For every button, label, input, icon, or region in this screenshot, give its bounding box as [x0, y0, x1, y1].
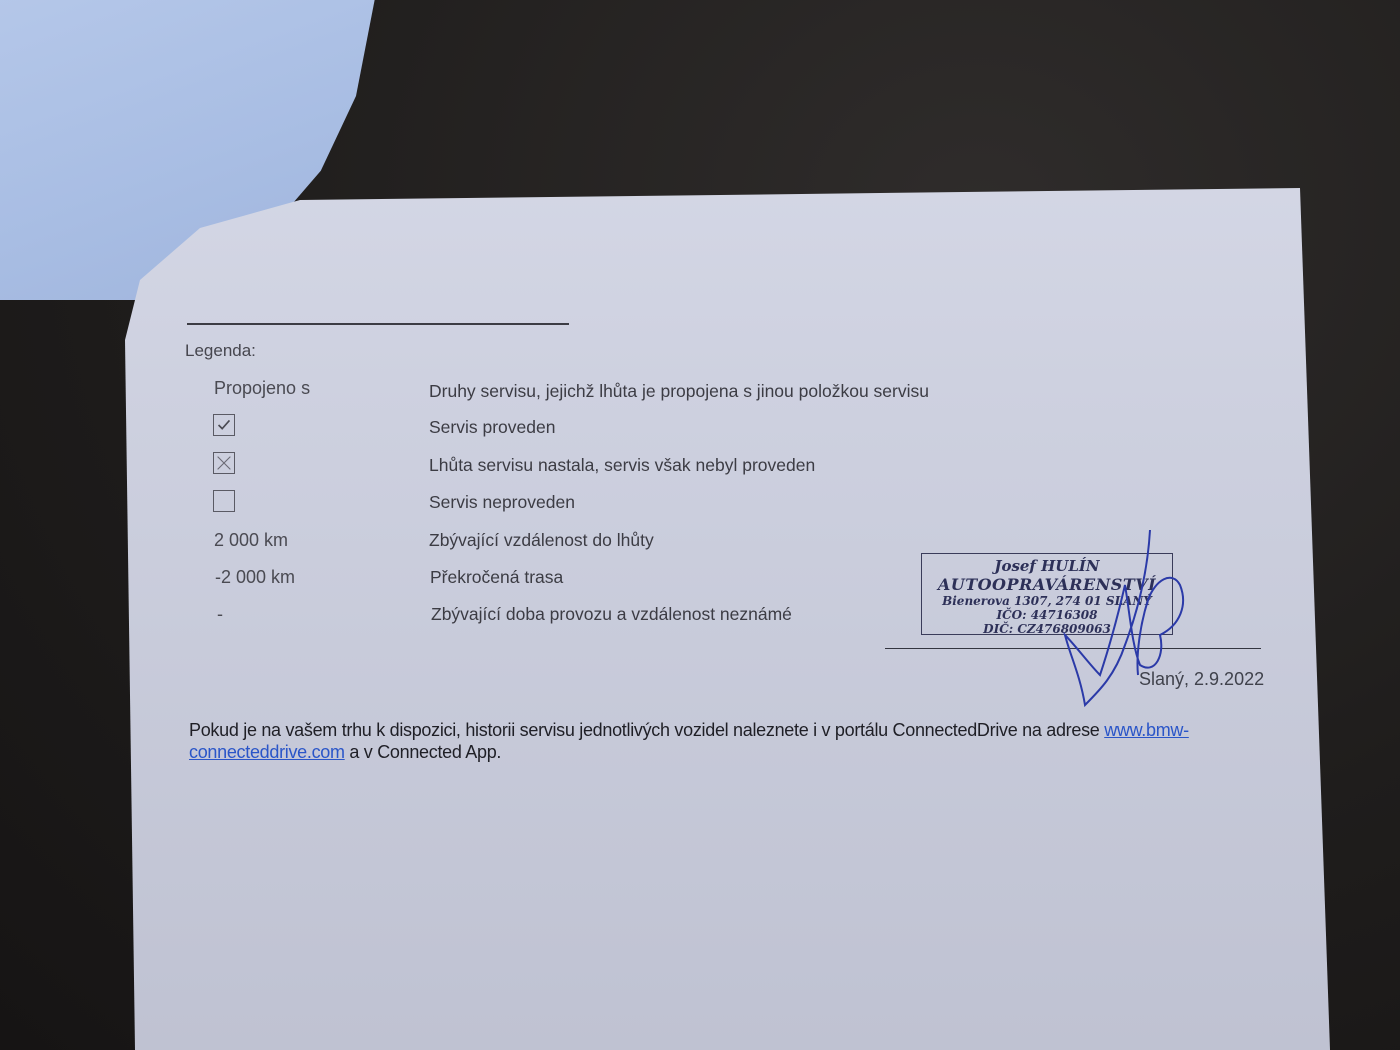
footer-note: Pokud je na vašem trhu k dispozici, hist…: [189, 719, 1199, 763]
legend-description: Lhůta servisu nastala, servis však nebyl…: [429, 455, 815, 476]
legend-row: Servis neproveden: [0, 490, 1400, 520]
legend-symbol: Propojeno s: [214, 378, 310, 399]
checkbox-checked-icon: [213, 414, 235, 436]
document-content: Legenda: Propojeno s Druhy servisu, jeji…: [0, 0, 1400, 1050]
footer-text: Pokud je na vašem trhu k dispozici, hist…: [189, 720, 1104, 740]
legend-symbol: -: [217, 604, 223, 625]
legend-symbol: 2 000 km: [214, 530, 288, 551]
top-divider: [187, 323, 569, 325]
legend-description: Druhy servisu, jejichž lhůta je propojen…: [429, 381, 929, 402]
legend-symbol: -2 000 km: [215, 567, 295, 588]
footer-text-end: a v Connected App.: [345, 742, 501, 762]
legend-row: Propojeno s Druhy servisu, jejichž lhůta…: [0, 378, 1400, 408]
checkbox-crossed-icon: [213, 452, 235, 474]
legend-description: Servis neproveden: [429, 492, 575, 513]
checkbox-empty-icon: [213, 490, 235, 512]
legend-row: Lhůta servisu nastala, servis však nebyl…: [0, 452, 1400, 482]
legend-description: Zbývající doba provozu a vzdálenost nezn…: [431, 604, 792, 625]
legend-row: Servis proveden: [0, 414, 1400, 444]
legend-title: Legenda:: [185, 341, 256, 361]
place-and-date: Slaný, 2.9.2022: [1139, 669, 1264, 690]
legend-description: Překročená trasa: [430, 567, 563, 588]
legend-description: Zbývající vzdálenost do lhůty: [429, 530, 654, 551]
legend-description: Servis proveden: [429, 417, 555, 438]
